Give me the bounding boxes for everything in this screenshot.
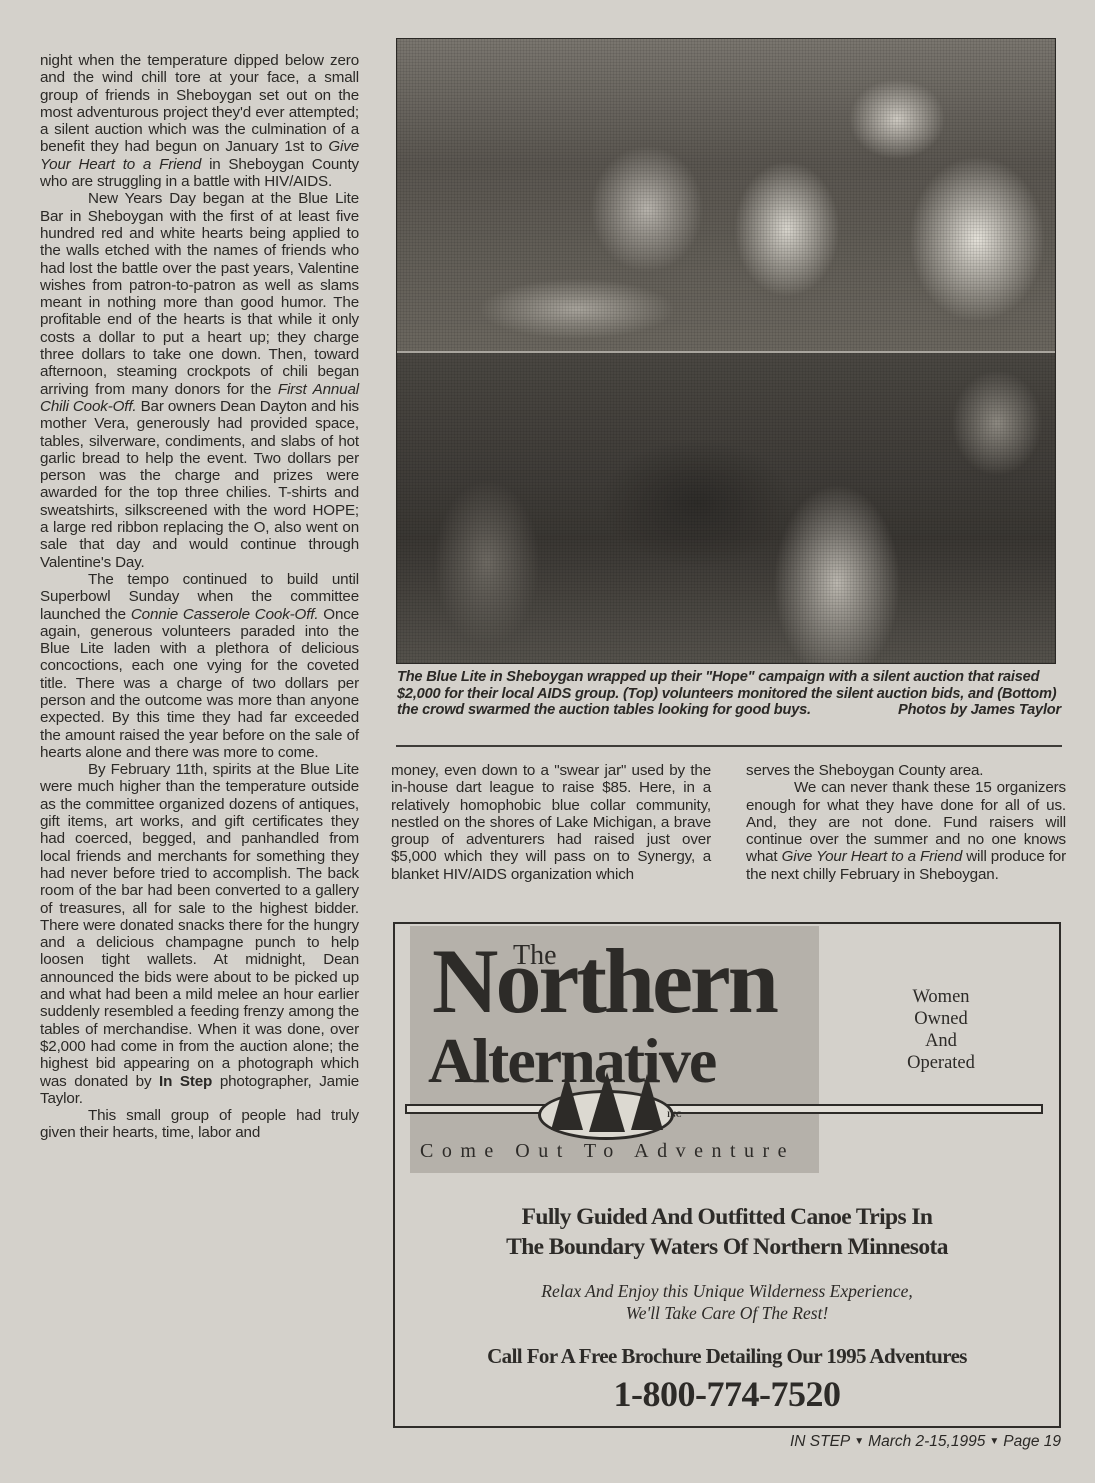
ad-headline-line-2: The Boundary Waters Of Northern Minnesot… [395,1232,1059,1262]
photo-caption: The Blue Lite in Sheboygan wrapped up th… [397,669,1061,719]
ad-women-owned: Women Owned And Operated [861,986,1021,1074]
logo-inc: INC [667,1110,682,1119]
article-paragraph: night when the temperature dipped below … [40,52,359,190]
side-line: Women [861,986,1021,1008]
publication-name: IN STEP [790,1433,850,1450]
article-photo [396,38,1056,664]
article-paragraph: The tempo continued to build until Super… [40,571,359,761]
photo-credit: Photos by James Taylor [898,702,1061,719]
side-line: Owned [861,1008,1021,1030]
page-number: Page 19 [1003,1433,1061,1450]
article-paragraph: This small group of people had truly giv… [40,1107,359,1142]
ad-sub-line-1: Relax And Enjoy this Unique Wilderness E… [395,1280,1059,1302]
issue-date: March 2-15,1995 [868,1433,985,1450]
page-footer: IN STEP▼March 2-15,1995▼Page 19 [790,1433,1061,1451]
caption-rule [396,745,1062,747]
logo-the: The [513,940,557,972]
photo-top-volunteers [397,39,1055,351]
ad-headline: Fully Guided And Outfitted Canoe Trips I… [395,1202,1059,1262]
article-paragraph: New Years Day began at the Blue Lite Bar… [40,190,359,571]
ad-call-to-action: Call For A Free Brochure Detailing Our 1… [395,1344,1059,1369]
article-paragraph: We can never thank these 15 organizers e… [746,779,1066,883]
side-line: Operated [861,1052,1021,1074]
pine-trees-icon [545,1072,669,1134]
side-line: And [861,1030,1021,1052]
ad-subheadline: Relax And Enjoy this Unique Wilderness E… [395,1280,1059,1324]
article-column-1: night when the temperature dipped below … [40,52,359,1142]
photo-bottom-crowd [397,353,1055,663]
logo-northern: Northern [432,936,776,1026]
triangle-separator-icon: ▼ [989,1436,999,1447]
article-column-2: money, even down to a "swear jar" used b… [391,762,711,883]
logo-tagline: Come Out To Adventure [420,1140,795,1163]
advertisement-northern-alternative: Northern The Alternative Come Out To Adv… [393,922,1061,1428]
logo-horizontal-bar [405,1104,1043,1114]
article-column-3: serves the Sheboygan County area.We can … [746,762,1066,883]
article-paragraph: money, even down to a "swear jar" used b… [391,762,711,883]
ad-sub-line-2: We'll Take Care Of The Rest! [395,1302,1059,1324]
triangle-separator-icon: ▼ [854,1436,864,1447]
ad-headline-line-1: Fully Guided And Outfitted Canoe Trips I… [395,1202,1059,1232]
ad-phone-number: 1-800-774-7520 [395,1373,1059,1415]
article-paragraph: serves the Sheboygan County area. [746,762,1066,779]
article-paragraph: By February 11th, spirits at the Blue Li… [40,761,359,1107]
